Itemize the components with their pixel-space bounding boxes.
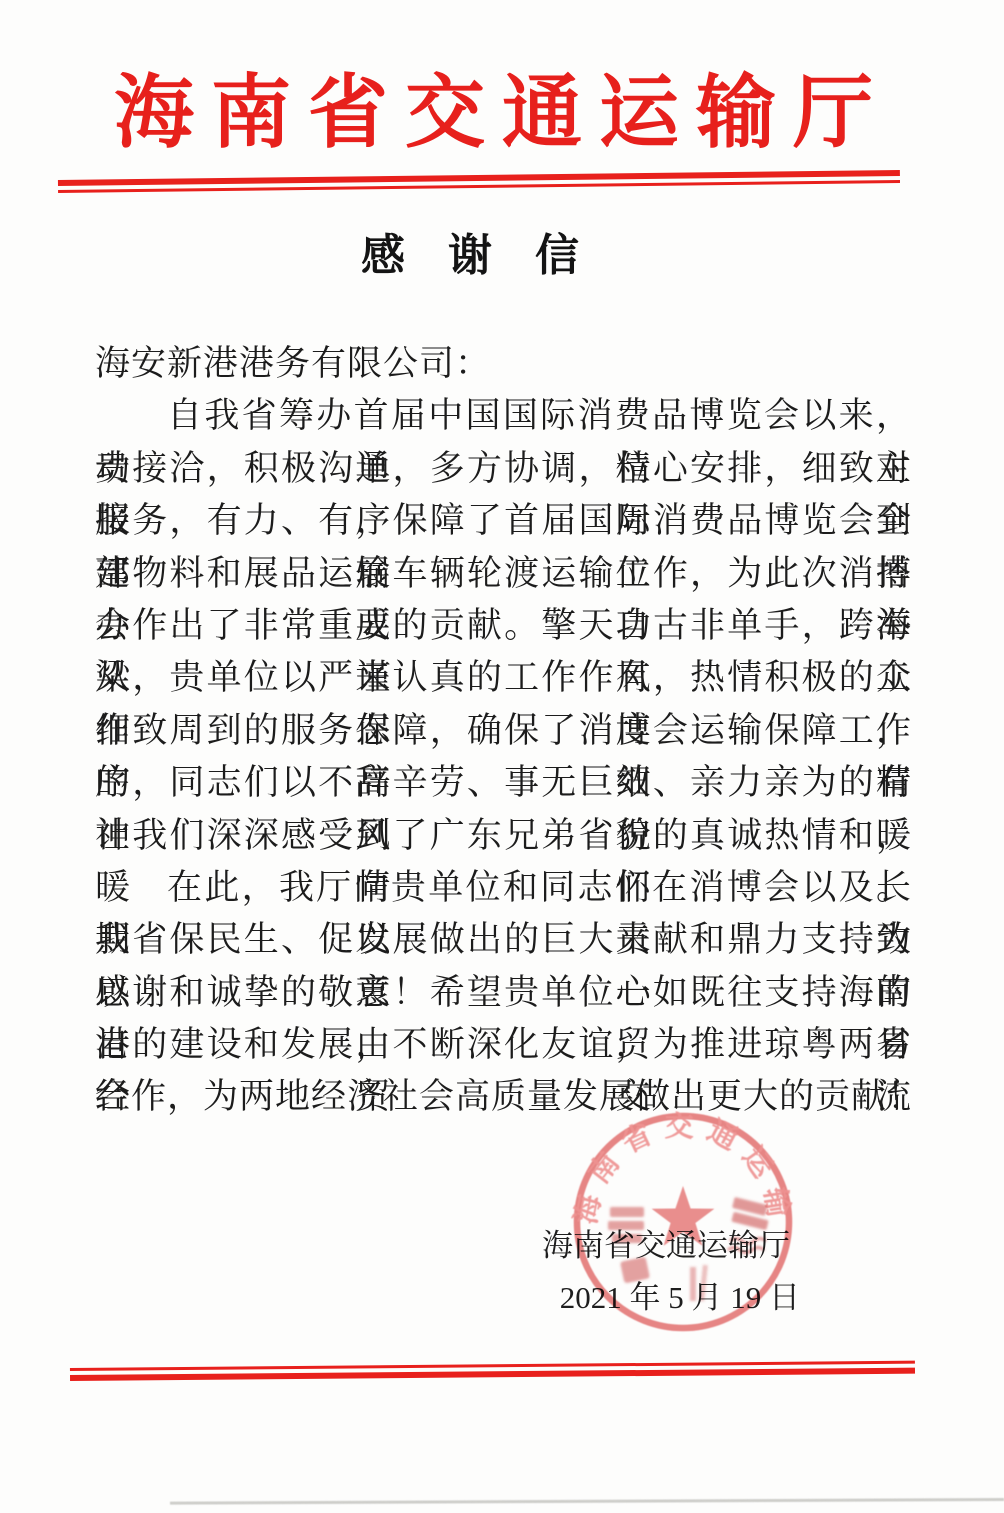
paragraph1-line: 服务，有力、有序保障了首届国际消费品博览会全部展位搭 [95, 495, 912, 547]
letterhead-org-name: 海南省交通运输厅 [0, 68, 1004, 160]
paragraph1-line: 序，同志们以不辞辛劳、事无巨细、亲力亲为的精神风貌， [95, 757, 912, 809]
scan-edge-artifact [170, 1498, 1004, 1505]
letterhead-double-rule [58, 170, 900, 192]
paragraph1-line: 让我们深深感受到了广东兄弟省份的真诚热情和暖暖情怀。 [95, 810, 912, 862]
paragraph1-line: 动接洽，积极沟通，多方协调，精心安排，细致对接，周到 [95, 443, 912, 495]
paragraph2-line: 感谢和诚挚的敬意！希望贵单位一如既往支持海南自由贸易 [95, 967, 912, 1019]
paragraph2-line: 我省保民生、促发展做出的巨大贡献和鼎力支持致以衷心的 [95, 914, 912, 966]
paragraph2-line: 在此，我厅向贵单位和同志们在消博会以及长期以来为 [95, 862, 912, 914]
letter-title: 感 谢 信 [361, 233, 595, 279]
svg-text:海南省交通运输厅: 海南省交通运输厅 [570, 1109, 796, 1230]
letter-body: 海安新港港务有限公司： 自我省筹办首届中国国际消费品博览会以来，贵单位主 动接洽… [95, 338, 912, 1124]
footer-double-rule [70, 1361, 915, 1381]
paragraph2-line: 合作，为两地经济社会高质量发展做出更大的贡献！ [95, 1071, 912, 1123]
signature-date: 2021 年 5 月 19 日 [560, 1273, 800, 1323]
signature-org-name: 海南省交通运输厅 [542, 1221, 790, 1271]
paragraph1-line: 自我省筹办首届中国国际消费品博览会以来，贵单位主 [95, 390, 912, 442]
paragraph2-line: 港的建设和发展，不断深化友谊，为推进琼粤两省经贸交流 [95, 1019, 912, 1071]
paragraph1-line: 办作出了非常重要的贡献。擎天自古非单手，跨海从来有众 [95, 600, 912, 652]
salutation: 海安新港港务有限公司： [95, 338, 912, 390]
paragraph1-line: 梁，贵单位以严谨认真的工作作风，热情积极的工作态度， [95, 652, 912, 704]
scanned-letter-page: { "letterhead": { "org_name": "海南省交通运输厅"… [0, 0, 1004, 1513]
seal-arc-text: 海南省交通运输厅 [570, 1109, 796, 1230]
paragraph1-line: 建物料和展品运输车辆轮渡运输工作，为此次消博会成功举 [95, 548, 912, 600]
paragraph1-line: 细致周到的服务保障，确保了消博会运输保障工作的高效有 [95, 705, 912, 757]
